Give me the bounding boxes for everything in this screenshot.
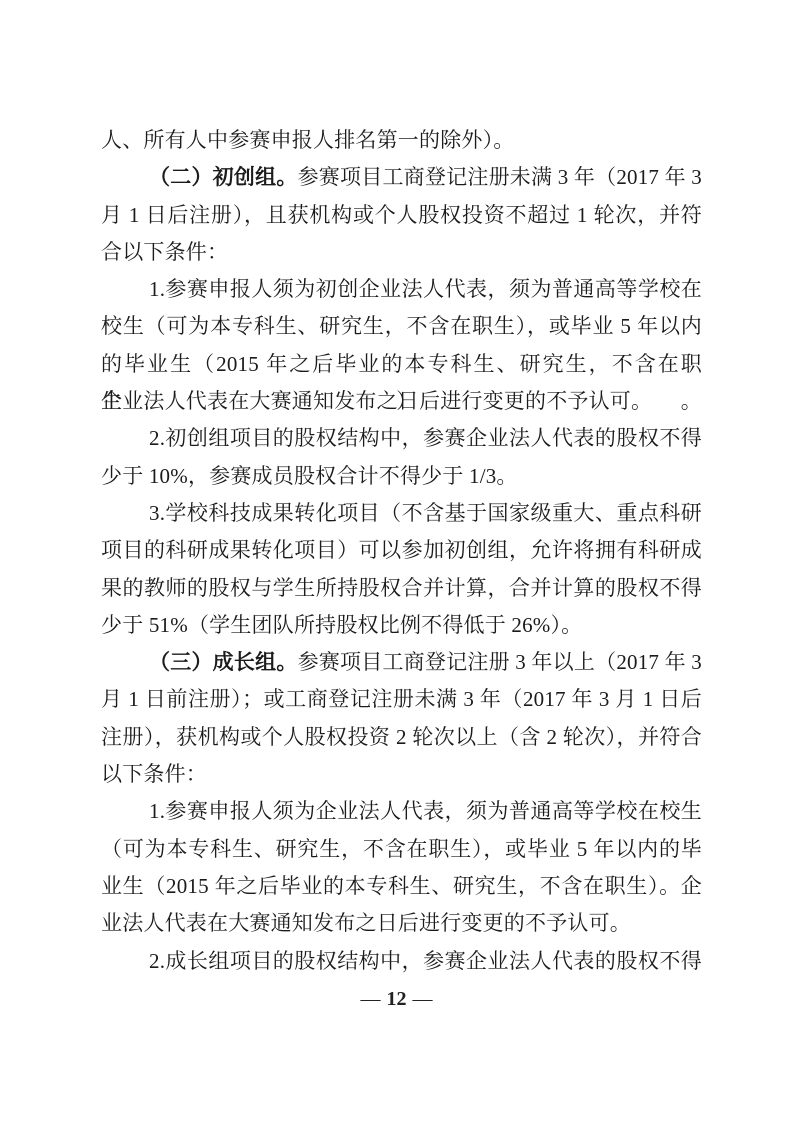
text-line: 2.成长组项目的股权结构中，参赛企业法人代表的股权不得 xyxy=(101,943,702,980)
paragraph: （二）初创组。参赛项目工商登记注册未满 3 年（2017 年 3月 1 日后注册… xyxy=(101,159,702,271)
text-segment: 业法人代表在大赛通知发布之日后进行变更的不予认可。 xyxy=(101,911,631,935)
text-line: 校生（可为本专科生、研究生，不含在职生），或毕业 5 年以内 xyxy=(101,308,702,345)
text-segment: 参赛项目工商登记注册未满 3 年（2017 年 3 xyxy=(298,165,702,189)
paragraph: 1.参赛申报人须为初创企业法人代表，须为普通高等学校在校生（可为本专科生、研究生… xyxy=(101,271,702,420)
text-line: （可为本专科生、研究生，不含在职生），或毕业 5 年以内的毕 xyxy=(101,831,702,868)
page-number: 12 xyxy=(387,988,407,1010)
page-footer: —12— xyxy=(0,988,793,1011)
text-segment: 月 1 日后注册），且获机构或个人股权投资不超过 1 轮次，并符 xyxy=(101,203,702,227)
text-segment: 2.成长组项目的股权结构中，参赛企业法人代表的股权不得 xyxy=(149,949,702,973)
text-line: 的毕业生（2015 年之后毕业的本专科生、研究生，不含在职生）。 xyxy=(101,346,702,383)
text-segment: 业生（2015 年之后毕业的本专科生、研究生，不含在职生）。企 xyxy=(101,874,702,898)
text-line: 月 1 日前注册）；或工商登记注册未满 3 年（2017 年 3 月 1 日后 xyxy=(101,681,702,718)
text-line: 业生（2015 年之后毕业的本专科生、研究生，不含在职生）。企 xyxy=(101,868,702,905)
text-line: 果的教师的股权与学生所持股权合并计算，合并计算的股权不得 xyxy=(101,570,702,607)
text-line: 业法人代表在大赛通知发布之日后进行变更的不予认可。 xyxy=(101,905,702,942)
paragraph: 人、所有人中参赛申报人排名第一的除外）。 xyxy=(101,122,702,159)
text-segment: 合以下条件： xyxy=(101,240,228,264)
text-segment: 项目的科研成果转化项目）可以参加初创组，允许将拥有科研成 xyxy=(101,538,702,562)
text-line: 合以下条件： xyxy=(101,234,702,271)
group-heading-text: （二）初创组。 xyxy=(149,165,298,189)
text-segment: 参赛项目工商登记注册 3 年以上（2017 年 3 xyxy=(298,650,702,674)
text-segment: 1.参赛申报人须为初创企业法人代表，须为普通高等学校在 xyxy=(149,277,702,301)
text-line: 项目的科研成果转化项目）可以参加初创组，允许将拥有科研成 xyxy=(101,532,702,569)
text-line: 3.学校科技成果转化项目（不含基于国家级重大、重点科研 xyxy=(101,495,702,532)
text-line: 注册），获机构或个人股权投资 2 轮次以上（含 2 轮次），并符合 xyxy=(101,719,702,756)
text-line: 1.参赛申报人须为企业法人代表，须为普通高等学校在校生 xyxy=(101,793,702,830)
text-segment: 1.参赛申报人须为企业法人代表，须为普通高等学校在校生 xyxy=(149,799,702,823)
text-segment: 校生（可为本专科生、研究生，不含在职生），或毕业 5 年以内 xyxy=(101,314,702,338)
text-segment: 人、所有人中参赛申报人排名第一的除外）。 xyxy=(101,128,515,152)
text-line: 2.初创组项目的股权结构中，参赛企业法人代表的股权不得 xyxy=(101,420,702,457)
paragraph: 2.初创组项目的股权结构中，参赛企业法人代表的股权不得少于 10%，参赛成员股权… xyxy=(101,420,702,495)
document-body: 人、所有人中参赛申报人排名第一的除外）。（二）初创组。参赛项目工商登记注册未满 … xyxy=(101,122,702,980)
text-line: 1.参赛申报人须为初创企业法人代表，须为普通高等学校在 xyxy=(101,271,702,308)
footer-dash-left: — xyxy=(355,988,387,1010)
text-segment: （可为本专科生、研究生，不含在职生），或毕业 5 年以内的毕 xyxy=(101,837,702,861)
text-line: 企业法人代表在大赛通知发布之日后进行变更的不予认可。 xyxy=(101,383,702,420)
group-heading-text: （三）成长组。 xyxy=(149,650,298,674)
footer-dash-right: — xyxy=(407,988,439,1010)
paragraph: 2.成长组项目的股权结构中，参赛企业法人代表的股权不得 xyxy=(101,943,702,980)
paragraph: 3.学校科技成果转化项目（不含基于国家级重大、重点科研项目的科研成果转化项目）可… xyxy=(101,495,702,644)
text-segment: 少于 10%，参赛成员股权合计不得少于 1/3。 xyxy=(101,464,518,488)
text-segment: 3.学校科技成果转化项目（不含基于国家级重大、重点科研 xyxy=(149,501,702,525)
text-line: 少于 10%，参赛成员股权合计不得少于 1/3。 xyxy=(101,458,702,495)
text-line: 月 1 日后注册），且获机构或个人股权投资不超过 1 轮次，并符 xyxy=(101,197,702,234)
text-line: （三）成长组。参赛项目工商登记注册 3 年以上（2017 年 3 xyxy=(101,644,702,681)
text-line: 人、所有人中参赛申报人排名第一的除外）。 xyxy=(101,122,702,159)
text-segment: 注册），获机构或个人股权投资 2 轮次以上（含 2 轮次），并符合 xyxy=(101,725,702,749)
document-page: 人、所有人中参赛申报人排名第一的除外）。（二）初创组。参赛项目工商登记注册未满 … xyxy=(0,0,793,1122)
text-segment: 以下条件： xyxy=(101,762,207,786)
text-segment: 2.初创组项目的股权结构中，参赛企业法人代表的股权不得 xyxy=(149,426,702,450)
text-segment: 企业法人代表在大赛通知发布之日后进行变更的不予认可。 xyxy=(101,389,652,413)
text-segment: 少于 51%（学生团队所持股权比例不得低于 26%）。 xyxy=(101,613,582,637)
paragraph: （三）成长组。参赛项目工商登记注册 3 年以上（2017 年 3月 1 日前注册… xyxy=(101,644,702,793)
text-segment: 月 1 日前注册）；或工商登记注册未满 3 年（2017 年 3 月 1 日后 xyxy=(101,687,702,711)
text-line: 少于 51%（学生团队所持股权比例不得低于 26%）。 xyxy=(101,607,702,644)
text-line: 以下条件： xyxy=(101,756,702,793)
text-segment: 果的教师的股权与学生所持股权合并计算，合并计算的股权不得 xyxy=(101,576,702,600)
text-line: （二）初创组。参赛项目工商登记注册未满 3 年（2017 年 3 xyxy=(101,159,702,196)
paragraph: 1.参赛申报人须为企业法人代表，须为普通高等学校在校生（可为本专科生、研究生，不… xyxy=(101,793,702,942)
